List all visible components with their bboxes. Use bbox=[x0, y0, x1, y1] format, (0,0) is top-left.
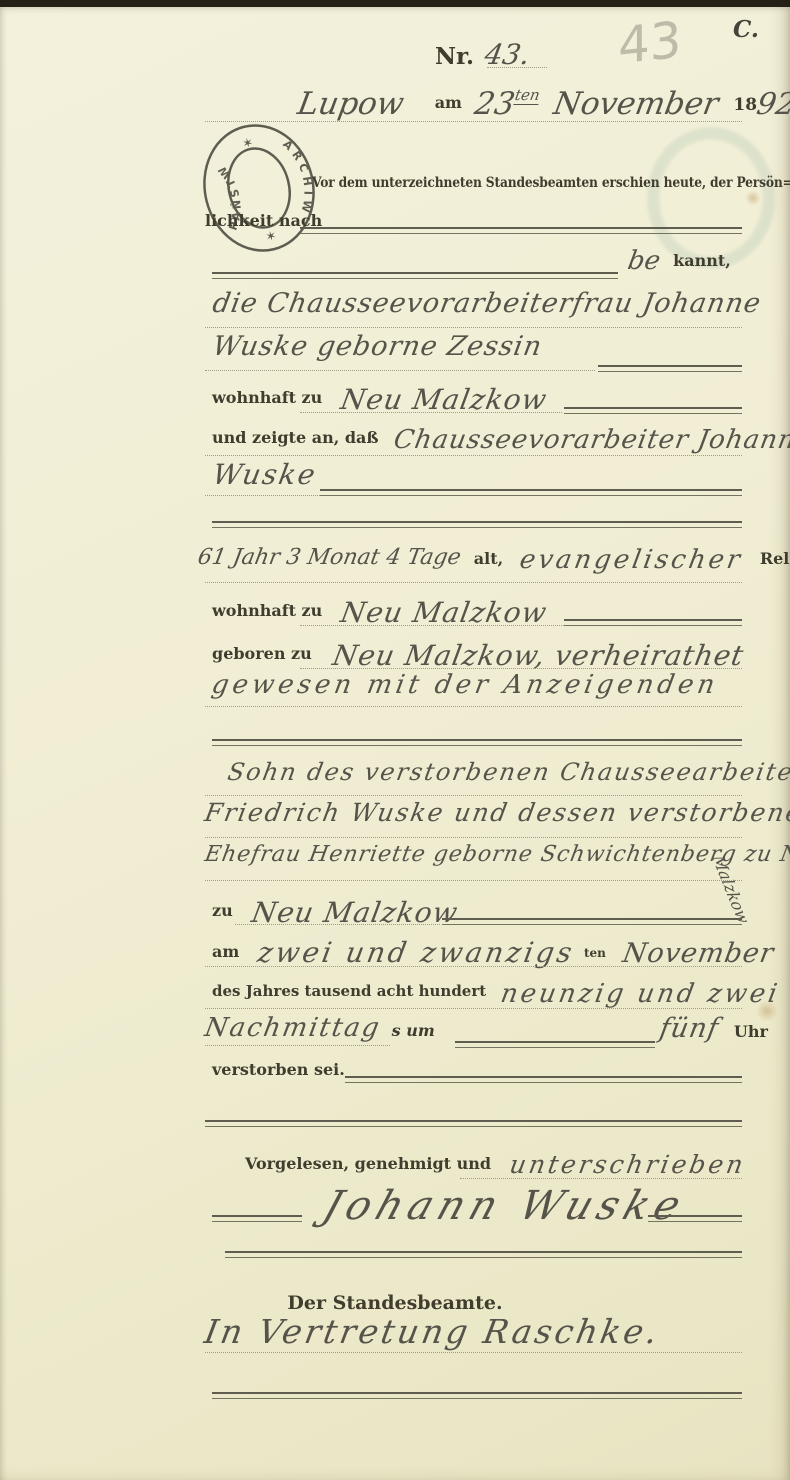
guide-line bbox=[235, 924, 440, 925]
death-hour: fünf bbox=[657, 1013, 721, 1044]
death-year: neunzig und zwei bbox=[499, 979, 783, 1009]
registrar-title: Der Standesbeamte. bbox=[287, 1292, 502, 1314]
dateline-day: 23 bbox=[472, 86, 518, 122]
blank-rule bbox=[564, 407, 742, 414]
guide-line bbox=[205, 582, 742, 583]
section-rule bbox=[212, 521, 742, 528]
signature-rule-left bbox=[212, 1215, 302, 1222]
deceased-name-line2-row: Wuske bbox=[213, 458, 317, 491]
guide-line bbox=[205, 837, 742, 838]
death-closing-row: verstorben sei. bbox=[212, 1060, 345, 1079]
dateline-place: Lupow bbox=[295, 86, 407, 122]
archive-stamp-star-bottom-icon: ✶ bbox=[264, 228, 278, 245]
dateline: Lupow am 23ten November 1892. bbox=[298, 86, 790, 122]
report-row: und zeigte an, daß Chausseevorarbeiter J… bbox=[212, 425, 790, 455]
vorgelesen-row: Vorgelesen, genehmigt und unterschrieben bbox=[245, 1150, 746, 1179]
declarant-signature: Johann Wuske bbox=[318, 1183, 693, 1229]
blank-rule bbox=[598, 365, 742, 372]
section-rule bbox=[212, 739, 742, 746]
bekannt-row: be kannt, bbox=[628, 246, 731, 276]
deceased-name-line2: Wuske bbox=[210, 458, 319, 491]
verstorben-label: verstorben sei. bbox=[212, 1060, 345, 1079]
declarant-line2-row: Wuske geborne Zessin bbox=[213, 331, 542, 362]
year-label: des Jahres tausend acht hundert bbox=[212, 982, 486, 1000]
paper-stain bbox=[745, 190, 761, 206]
guide-line bbox=[205, 795, 742, 796]
deceased-religion: evangelischer bbox=[518, 545, 746, 575]
guide-line bbox=[205, 455, 742, 456]
vorgelesen-label: Vorgelesen, genehmigt und bbox=[245, 1154, 491, 1173]
archive-stamp-outer-ring bbox=[191, 114, 326, 262]
declarant-line1: die Chausseevorarbeiterfrau Johanne bbox=[210, 288, 763, 319]
wohnhaft-label-2: wohnhaft zu bbox=[212, 601, 322, 620]
paper-stain bbox=[756, 1000, 778, 1022]
declarant-line2: Wuske geborne Zessin bbox=[210, 331, 544, 362]
parents-line3: Ehefrau Henriette geborne Schwichtenberg… bbox=[203, 842, 790, 867]
guide-line bbox=[205, 1008, 742, 1009]
guide-line bbox=[460, 1178, 742, 1179]
guide-line bbox=[300, 625, 564, 626]
registrar-title-row: Der Standesbeamte. bbox=[0, 1292, 790, 1314]
intro-line1-row: Vor dem unterzeichneten Standesbeamten e… bbox=[312, 172, 790, 191]
guide-line bbox=[205, 495, 320, 496]
geboren-label: geboren zu bbox=[212, 644, 312, 663]
guide-line bbox=[205, 327, 742, 328]
signature-rule-right bbox=[648, 1215, 742, 1222]
blank-rule bbox=[300, 227, 742, 234]
bottom-rule bbox=[212, 1392, 742, 1399]
archive-stamp-star-top-icon: ✶ bbox=[241, 135, 255, 152]
uhr-label: Uhr bbox=[734, 1022, 768, 1041]
blank-rule bbox=[212, 272, 618, 279]
guide-line bbox=[205, 966, 742, 967]
section-rule bbox=[225, 1251, 742, 1258]
scan-edge-top bbox=[0, 0, 790, 7]
death-hour-row: fünf Uhr bbox=[660, 1013, 768, 1044]
dateline-day-suffix: ten bbox=[513, 86, 541, 105]
guide-line bbox=[205, 370, 595, 371]
section-rule bbox=[205, 1120, 742, 1127]
guide-line bbox=[205, 1045, 390, 1046]
deputy-signature-row: In Vertretung Raschke. bbox=[205, 1312, 660, 1351]
dateline-year-printed: 18 bbox=[733, 95, 757, 115]
death-time-row: Nachmittag s um bbox=[205, 1013, 435, 1043]
wohnhaft-label: wohnhaft zu bbox=[212, 388, 322, 407]
parents-line3-row: Ehefrau Henriette geborne Schwichtenberg… bbox=[205, 842, 790, 867]
age-religion-row: 61 Jahr 3 Monat 4 Tage alt, evangelische… bbox=[198, 545, 790, 575]
record-number-underline bbox=[487, 67, 547, 68]
blank-rule bbox=[345, 1076, 742, 1083]
parents-line1: Sohn des verstorbenen Chausseearbeiters bbox=[226, 758, 790, 786]
ten-label: ten bbox=[584, 946, 606, 960]
blank-rule bbox=[442, 918, 742, 925]
dateline-year-written: 92. bbox=[754, 87, 790, 122]
signature-row: Johann Wuske bbox=[325, 1183, 685, 1229]
intro-line1: Vor dem unterzeichneten Standesbeamten e… bbox=[312, 175, 790, 191]
zu-label: zu bbox=[212, 901, 233, 920]
bekannt-printed: kannt, bbox=[673, 251, 731, 270]
blank-rule bbox=[320, 489, 742, 496]
guide-line bbox=[205, 706, 742, 707]
religion-label: Religion, bbox=[760, 549, 790, 568]
corner-letter: C. bbox=[733, 16, 759, 43]
guide-line bbox=[300, 668, 742, 669]
zeigte-label: und zeigte an, daß bbox=[212, 428, 379, 447]
deceased-name-line1: Chausseevorarbeiter Johann bbox=[391, 425, 790, 455]
death-daytime: Nachmittag bbox=[202, 1013, 383, 1043]
deputy-signature: In Vertretung Raschke. bbox=[202, 1312, 664, 1351]
deceased-age: 61 Jahr 3 Monat 4 Tage bbox=[196, 545, 463, 570]
death-record-page: Nr. 43. 43 C. Lupow am 23ten November 18… bbox=[0, 0, 790, 1480]
parents-line1-row: Sohn des verstorbenen Chausseearbeiters bbox=[228, 758, 790, 786]
record-number-label: Nr. bbox=[435, 43, 474, 70]
marital-row: gewesen mit der Anzeigenden bbox=[212, 670, 718, 700]
guide-line bbox=[205, 880, 742, 881]
parents-line2: Friedrich Wuske und dessen verstorbenen bbox=[202, 798, 790, 827]
bekannt-handwritten: be bbox=[625, 246, 662, 276]
guide-line bbox=[205, 1352, 742, 1353]
s-um-label: s um bbox=[392, 1021, 435, 1040]
death-date-row: am zwei und zwanzigs ten November bbox=[212, 936, 774, 969]
death-year-row: des Jahres tausend acht hundert neunzig … bbox=[212, 979, 780, 1009]
dateline-am-label: am bbox=[435, 93, 462, 112]
am-label: am bbox=[212, 942, 239, 961]
dateline-month: November bbox=[551, 86, 721, 122]
alt-label: alt, bbox=[474, 549, 503, 568]
death-month: November bbox=[620, 938, 776, 969]
declarant-line1-row: die Chausseevorarbeiterfrau Johanne bbox=[213, 288, 761, 319]
blank-rule bbox=[564, 619, 742, 626]
pencil-number: 43 bbox=[618, 11, 681, 76]
blank-rule bbox=[455, 1041, 655, 1048]
guide-line bbox=[300, 412, 562, 413]
deceased-marital: gewesen mit der Anzeigenden bbox=[209, 670, 721, 700]
unterschrieben-handwritten: unterschrieben bbox=[508, 1150, 749, 1179]
death-day: zwei und zwanzigs bbox=[255, 936, 577, 969]
parents-line2-row: Friedrich Wuske und dessen verstorbenen bbox=[205, 798, 790, 827]
